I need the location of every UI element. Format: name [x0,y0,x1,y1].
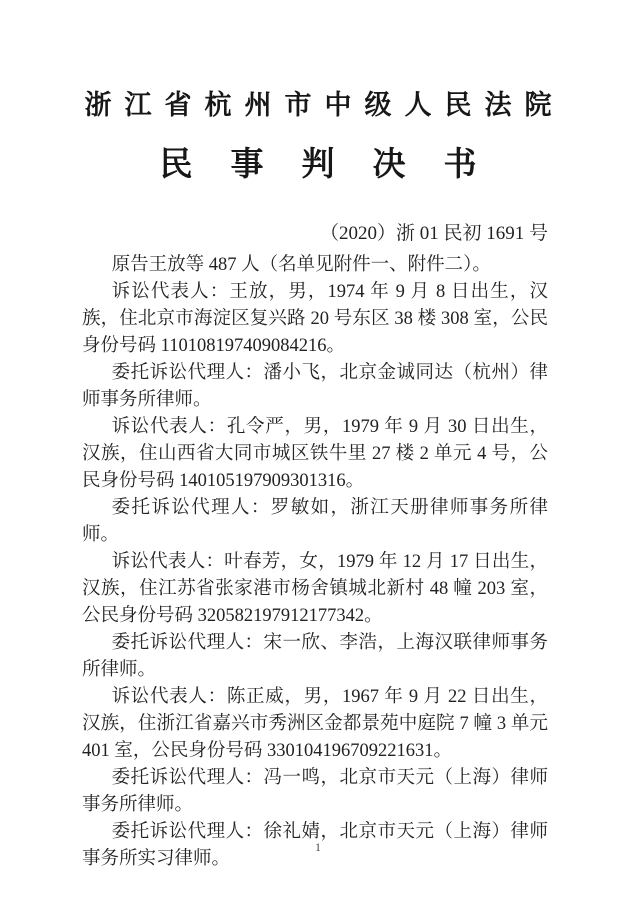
case-number: （2020）浙 01 民初 1691 号 [0,224,636,244]
paragraph-agent-1: 委托诉讼代理人：潘小飞，北京金诚同达（杭州）律师事务所律师。 [82,360,548,414]
judgment-body: 原告王放等 487 人（名单见附件一、附件二）。 诉讼代表人：王放，男，1974… [82,252,548,873]
page-footer: 1 [0,838,636,856]
paragraph-representative-1: 诉讼代表人：王放，男，1974 年 9 月 8 日出生，汉族，住北京市海淀区复兴… [82,279,548,360]
paragraph-representative-2: 诉讼代表人：孔令严，男，1979 年 9 月 30 日出生，汉族，住山西省大同市… [82,414,548,495]
paragraph-representative-3: 诉讼代表人：叶春芳，女，1979 年 12 月 17 日出生，汉族，住江苏省张家… [82,549,548,630]
paragraph-representative-4: 诉讼代表人：陈正威，男，1967 年 9 月 22 日出生，汉族，住浙江省嘉兴市… [82,684,548,765]
page-number: 1 [315,840,321,854]
paragraph-agent-4: 委托诉讼代理人：冯一鸣，北京市天元（上海）律师事务所律师。 [82,765,548,819]
court-name-heading: 浙江省杭州市中级人民法院 [0,0,636,119]
judgment-document-page: 浙江省杭州市中级人民法院 民事判决书 （2020）浙 01 民初 1691 号 … [0,0,636,900]
paragraph-agent-2: 委托诉讼代理人：罗敏如，浙江天册律师事务所律师。 [82,495,548,549]
paragraph-plaintiff-summary: 原告王放等 487 人（名单见附件一、附件二）。 [82,252,548,279]
paragraph-agent-3: 委托诉讼代理人：宋一欣、李浩，上海汉联律师事务所律师。 [82,630,548,684]
document-type-title: 民事判决书 [0,149,636,182]
